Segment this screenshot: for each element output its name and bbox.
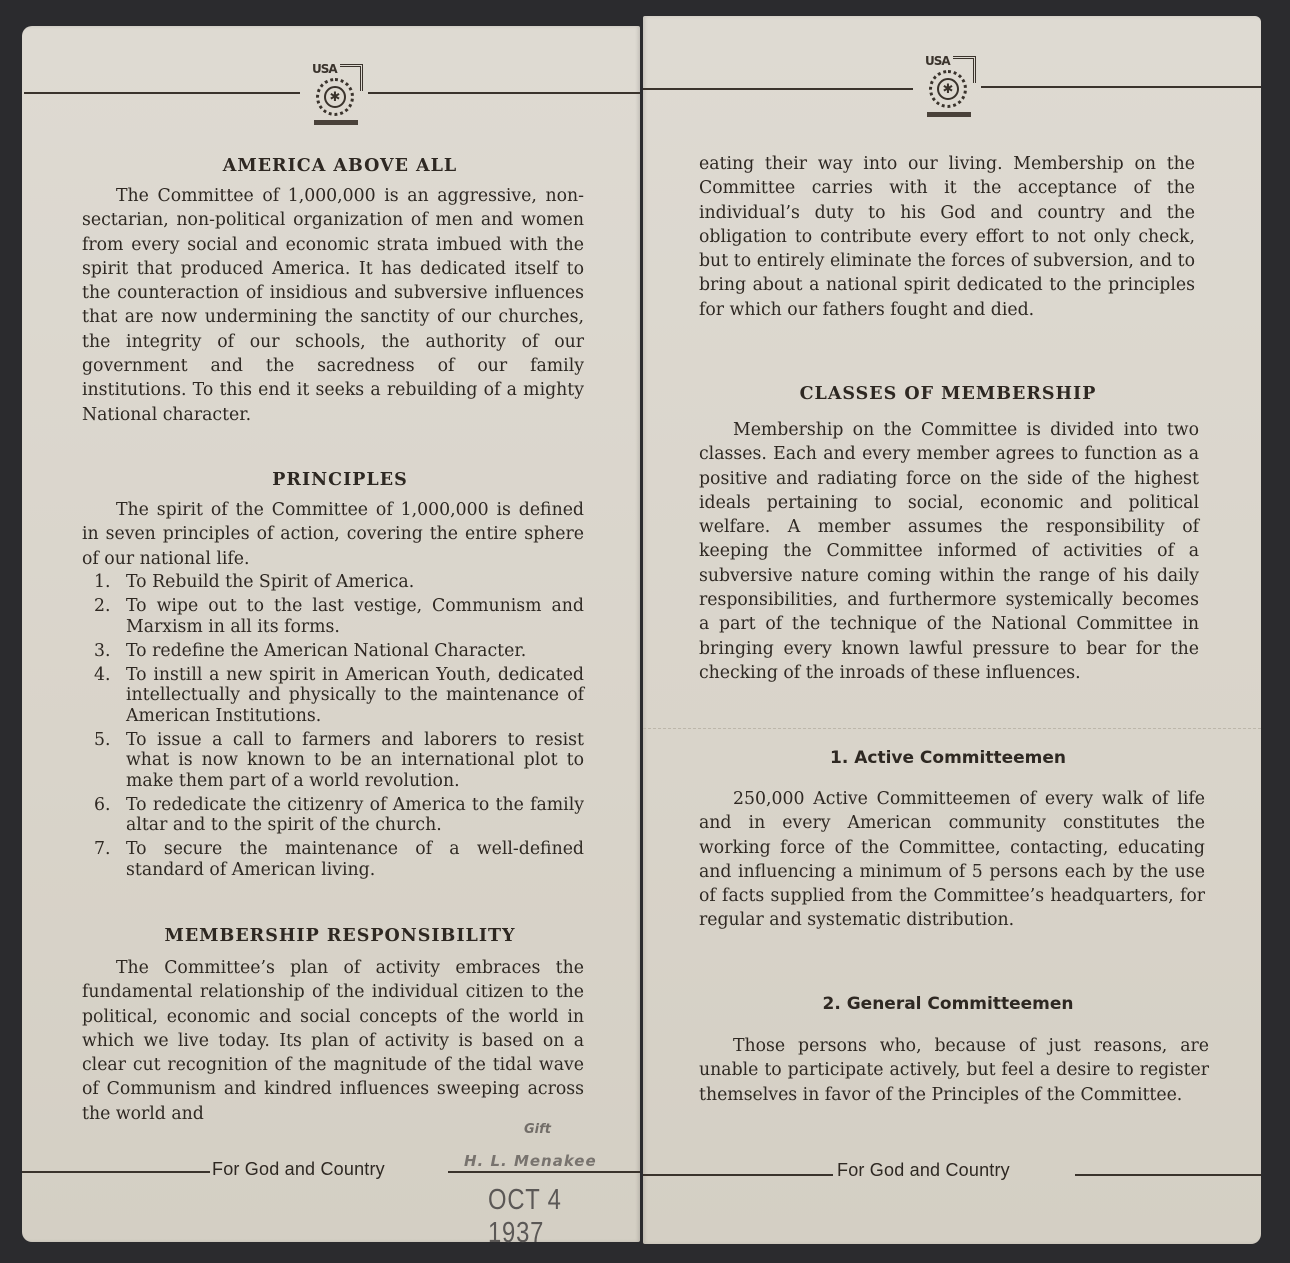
principle-text: To wipe out to the last vestige, Communi… bbox=[126, 596, 584, 637]
principles-list: 1.To Rebuild the Spirit of America. 2.To… bbox=[94, 572, 584, 884]
principle-text: To issue a call to farmers and laborers … bbox=[126, 730, 584, 791]
heading-membership-responsibility: MEMBERSHIP RESPONSIBILITY bbox=[80, 926, 600, 946]
perforation-line bbox=[643, 728, 1261, 729]
heading-active-committeemen: 1. Active Committeemen bbox=[703, 748, 1193, 768]
page-fold bbox=[640, 20, 643, 1245]
principle-item: 3.To redefine the American National Char… bbox=[94, 641, 584, 662]
principle-item: 5.To issue a call to farmers and laborer… bbox=[94, 730, 584, 792]
header-rule-left bbox=[24, 92, 300, 94]
principle-text: To instill a new spirit in American Yout… bbox=[126, 665, 584, 726]
header-rule-right bbox=[981, 86, 1261, 88]
classes-body: Membership on the Committee is divided i… bbox=[699, 418, 1199, 685]
gear-emblem-icon: ✱ bbox=[929, 70, 967, 108]
active-body: 250,000 Active Committeemen of every wal… bbox=[699, 787, 1205, 933]
principle-text: To rededicate the citizenry of America t… bbox=[126, 795, 584, 836]
america-body: The Committee of 1,000,000 is an aggress… bbox=[82, 184, 584, 427]
principle-item: 4.To instill a new spirit in American Yo… bbox=[94, 665, 584, 727]
principle-number: 2. bbox=[94, 596, 120, 617]
principle-text: To Rebuild the Spirit of America. bbox=[126, 572, 414, 592]
general-body: Those persons who, because of just reaso… bbox=[699, 1034, 1209, 1107]
principle-item: 7.To secure the maintenance of a well-de… bbox=[94, 839, 584, 880]
principle-item: 6.To rededicate the citizenry of America… bbox=[94, 795, 584, 836]
logo-text: USA bbox=[925, 54, 950, 68]
signature-stamp: H. L. Menakee bbox=[464, 1152, 597, 1170]
principle-number: 5. bbox=[94, 730, 120, 751]
principle-number: 6. bbox=[94, 795, 120, 816]
heading-principles: PRINCIPLES bbox=[80, 470, 600, 490]
usa-gear-logo: USA ✱ bbox=[310, 62, 366, 142]
right-page: USA ✱ eating their way into our living. … bbox=[643, 16, 1261, 1244]
heading-general-committeemen: 2. General Committeemen bbox=[703, 994, 1193, 1014]
footer-rule-right bbox=[448, 1171, 640, 1173]
heading-classes-of-membership: CLASSES OF MEMBERSHIP bbox=[703, 384, 1193, 404]
gear-emblem-icon: ✱ bbox=[316, 78, 354, 116]
principle-number: 7. bbox=[94, 839, 120, 860]
logo-text: USA bbox=[312, 62, 337, 76]
principle-item: 2.To wipe out to the last vestige, Commu… bbox=[94, 596, 584, 637]
header-rule-left bbox=[643, 88, 913, 90]
principle-text: To secure the maintenance of a well-defi… bbox=[126, 839, 584, 880]
footer-motto: For God and Country bbox=[212, 1159, 385, 1180]
logo-base-icon bbox=[314, 120, 358, 125]
usa-gear-logo: USA ✱ bbox=[923, 54, 979, 134]
footer-rule-left bbox=[643, 1174, 833, 1176]
header-rule-right bbox=[368, 92, 640, 94]
footer-rule-left bbox=[22, 1171, 210, 1173]
responsibility-body: The Committee’s plan of activity embrace… bbox=[82, 956, 584, 1126]
logo-base-icon bbox=[927, 112, 971, 117]
footer-motto: For God and Country bbox=[837, 1160, 1010, 1181]
principle-text: To redefine the American National Charac… bbox=[126, 641, 526, 661]
principles-intro: The spirit of the Committee of 1,000,000… bbox=[82, 498, 584, 571]
principle-item: 1.To Rebuild the Spirit of America. bbox=[94, 572, 584, 593]
principle-number: 3. bbox=[94, 641, 120, 662]
footer-rule-right bbox=[1075, 1174, 1261, 1176]
gift-stamp: Gift bbox=[524, 1122, 551, 1137]
principle-number: 4. bbox=[94, 665, 120, 686]
principle-number: 1. bbox=[94, 572, 120, 593]
continuation-body: eating their way into our living. Member… bbox=[699, 152, 1195, 322]
left-page: USA ✱ AMERICA ABOVE ALL The Committee of… bbox=[22, 26, 640, 1242]
date-stamp: OCT 4 1937 bbox=[488, 1184, 613, 1250]
heading-america-above-all: AMERICA ABOVE ALL bbox=[80, 156, 600, 176]
